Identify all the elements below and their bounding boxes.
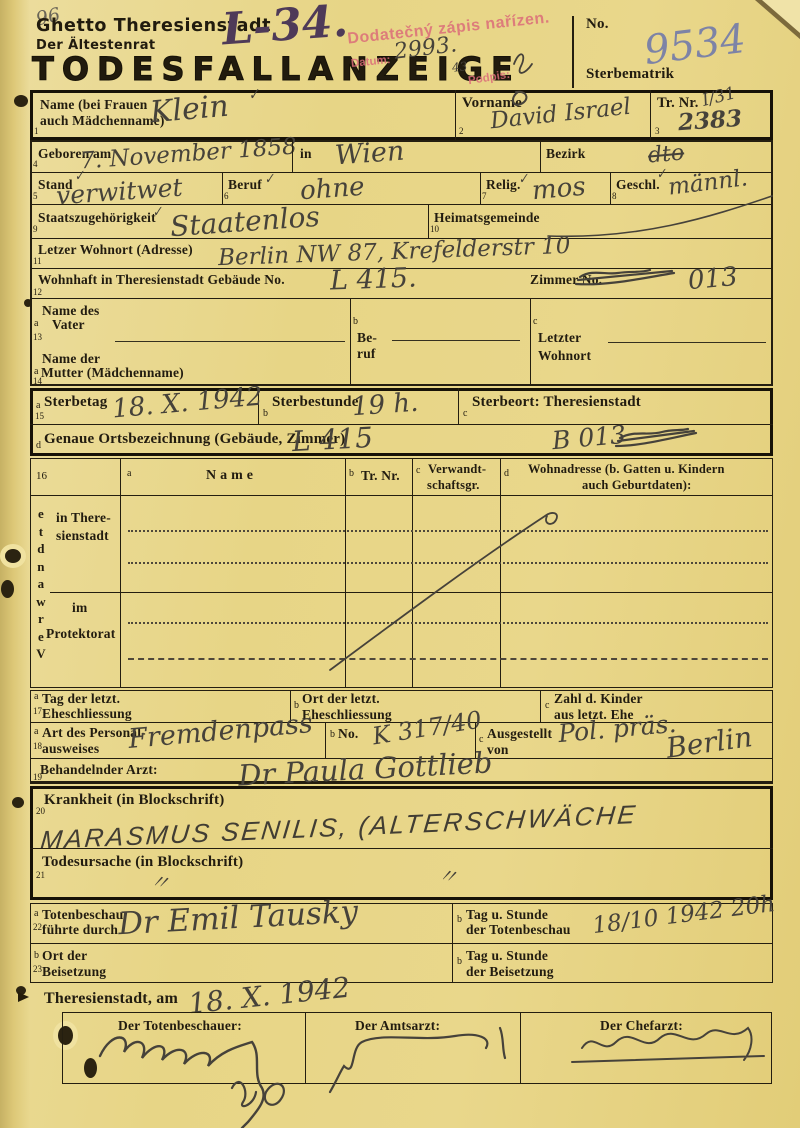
- field-number: 9: [33, 224, 38, 234]
- cell-divider: [540, 690, 541, 722]
- geschl-label: Geschl.: [616, 177, 660, 193]
- cell-divider: [455, 90, 456, 140]
- field-number: 21: [36, 870, 45, 880]
- zimmer-label: Zimmer No.: [530, 272, 602, 288]
- cell-divider: [305, 1012, 306, 1084]
- krankheit-label: Krankheit (in Blockschrift): [44, 792, 224, 809]
- group-theresienstadt-line1: in There-: [56, 510, 111, 526]
- verwandtschaft-header-line1: Verwandt-: [428, 462, 486, 477]
- name-value: Klein: [149, 89, 230, 131]
- punch-hole: [14, 95, 28, 107]
- beruf-label: Beruf: [228, 177, 262, 193]
- wohnhaft-value: L 415.: [329, 262, 417, 296]
- eheschliessung-tag-line2: Eheschliessung: [42, 706, 132, 722]
- field-number: 20: [36, 806, 45, 816]
- cell-letter: b: [349, 468, 354, 479]
- field-number: 3: [655, 126, 660, 136]
- group-theresienstadt-line2: sienstadt: [56, 528, 109, 544]
- cell-letter: a: [34, 908, 38, 919]
- punch-hole: [5, 549, 21, 563]
- field-number: 16: [36, 470, 47, 482]
- field-number: 5: [33, 191, 38, 201]
- amtsarzt-sig-label: Der Amtsarzt:: [355, 1018, 440, 1034]
- ort-datum-label: Theresienstadt, am: [44, 990, 178, 1008]
- geboren-in-label: in: [300, 146, 312, 162]
- beisetzung-zeit-line1: Tag u. Stunde: [466, 948, 548, 964]
- field-number: 15: [35, 411, 44, 421]
- geboren-in-value: Wien: [334, 136, 405, 172]
- beruf-col-label-line1: Be-: [357, 330, 377, 346]
- verwandtschaft-header-line2: schaftsgr.: [427, 478, 480, 493]
- dotted-entry-line: [128, 530, 768, 532]
- vater-label-line2: Vater: [52, 317, 85, 333]
- half-divider: [50, 592, 772, 593]
- sterbestunde-label: Sterbestunde: [272, 394, 359, 411]
- cell-divider: [530, 298, 531, 386]
- corner-fold-light: [762, 0, 800, 33]
- cell-divider: [292, 140, 293, 172]
- cell-letter: b: [34, 950, 39, 961]
- chefarzt-sig-label: Der Chefarzt:: [600, 1018, 683, 1034]
- cell-divider: [350, 298, 351, 386]
- cell-letter: b: [263, 408, 268, 419]
- field-number: 6: [224, 191, 229, 201]
- header-divider: [572, 16, 574, 88]
- eheschliessung-tag-line1: Tag der letzt.: [42, 691, 120, 707]
- cell-divider: [458, 388, 459, 424]
- fill-in-line: [115, 341, 345, 342]
- punch-hole: [12, 797, 24, 808]
- ausgestellt-line1: Ausgestellt: [487, 726, 552, 742]
- relig-value: mos: [531, 172, 587, 207]
- margin-arrow-icon: [18, 992, 29, 1002]
- cell-divider: [325, 722, 326, 758]
- row-divider: [30, 943, 773, 944]
- dotted-entry-line: [128, 562, 768, 564]
- beisetzung-zeit-line2: der Beisetzung: [466, 964, 554, 980]
- field-number: 14: [33, 376, 42, 386]
- genaue-building-value: L 415: [291, 421, 374, 458]
- heimatsgemeinde-label: Heimatsgemeinde: [434, 210, 540, 226]
- col-divider: [345, 458, 346, 688]
- cell-letter: a: [34, 691, 38, 702]
- totenbeschau-zeit-line1: Tag u. Stunde: [466, 907, 548, 923]
- row-divider: [30, 848, 773, 849]
- cell-letter: c: [463, 408, 467, 419]
- row-divider: [30, 298, 773, 299]
- field-number: 7: [482, 191, 487, 201]
- wohnadresse-header-line1: Wohnadresse (b. Gatten u. Kindern: [528, 462, 725, 477]
- no-label: No.: [586, 16, 609, 33]
- field-number: 18: [33, 741, 42, 751]
- beisetzung-ort-line2: Beisetzung: [42, 964, 106, 980]
- staatszugehoerigkeit-label: Staatszugehörigkeit: [38, 210, 156, 226]
- cell-letter: a: [127, 468, 131, 479]
- cell-letter: a: [34, 726, 38, 737]
- cell-letter: b: [353, 316, 358, 327]
- col-divider: [120, 458, 121, 688]
- field-number: 11: [33, 256, 42, 266]
- wohnadresse-header-line2: auch Geburtdaten):: [582, 478, 692, 493]
- cell-letter: c: [545, 700, 549, 711]
- trnr-value-bottom: 2383: [677, 105, 743, 136]
- cell-letter: c: [479, 734, 483, 745]
- letzter-wohnort-col-line2: Wohnort: [538, 348, 591, 364]
- sterbeort-label: Sterbeort: Theresienstadt: [472, 394, 641, 411]
- punch-hole: [1, 580, 14, 598]
- wohnhaft-label: Wohnhaft in Theresienstadt Gebäude No.: [38, 272, 285, 288]
- bottom-scribble: [232, 1082, 284, 1106]
- field-number: 23: [33, 964, 42, 974]
- field-number: 4: [33, 159, 38, 169]
- cell-letter: a: [36, 400, 40, 411]
- mutter-label-line2: Mutter (Mädchenname): [41, 365, 184, 381]
- cell-divider: [452, 903, 453, 983]
- fill-in-line: [392, 340, 520, 341]
- field-number: 19: [33, 772, 42, 782]
- cell-letter: b: [457, 914, 462, 925]
- handwritten-file-number: L-34.: [220, 0, 349, 55]
- cell-letter: d: [36, 440, 41, 451]
- field-number: 8: [612, 191, 617, 201]
- dotted-entry-line: [128, 622, 768, 624]
- bezirk-value: dto: [647, 140, 685, 168]
- col-divider: [412, 458, 413, 688]
- bezirk-label: Bezirk: [546, 146, 585, 162]
- dotted-entry-line: [128, 658, 768, 660]
- todesursache-label: Todesursache (in Blockschrift): [42, 854, 243, 871]
- check-mark: ✓: [246, 86, 261, 104]
- letzter-wohnort-col-line1: Letzter: [538, 330, 581, 346]
- name-label-line2: auch Mädchenname): [40, 113, 165, 129]
- relig-label: Relig.: [486, 177, 521, 193]
- name-label-line1: Name (bei Frauen: [40, 97, 147, 113]
- field-number: 12: [33, 287, 42, 297]
- field-number: 1: [34, 126, 39, 136]
- beruf-col-label-line2: ruf: [357, 346, 376, 362]
- cell-letter: a: [34, 318, 38, 329]
- group-protektorat-line2: Protektorat: [46, 626, 115, 642]
- sterbestunde-value: 19 h.: [351, 388, 419, 423]
- cell-letter: d: [504, 468, 509, 479]
- field-number: 2: [459, 126, 464, 136]
- cell-divider: [520, 1012, 521, 1084]
- field-number: 22: [33, 922, 42, 932]
- kinder-line1: Zahl d. Kinder: [554, 691, 643, 707]
- death-notice-form: 96 Ghetto Theresienstadt Der Ältestenrat…: [0, 0, 800, 1128]
- header-divider: [30, 495, 773, 496]
- trnr-column-header: Tr. Nr.: [361, 468, 400, 484]
- field-number: 17: [33, 706, 42, 716]
- cell-letter: c: [416, 465, 420, 476]
- ausweis-no-label: No.: [338, 726, 358, 742]
- behandelnder-arzt-label: Behandelnder Arzt:: [40, 762, 158, 778]
- sterbetag-label: Sterbetag: [44, 394, 107, 411]
- field-number: 13: [33, 332, 42, 342]
- zimmer-value: 013: [687, 262, 739, 296]
- totenbeschau-label-line2: führte durch: [42, 922, 118, 938]
- letzter-wohnort-label: Letzer Wohnort (Adresse): [38, 242, 193, 258]
- totenbeschau-zeit-line2: der Totenbeschau: [466, 922, 571, 938]
- totenbeschau-label-line1: Totenbeschau: [42, 907, 123, 923]
- beisetzung-ort-line1: Ort der: [42, 948, 87, 964]
- stamp-datum-value-small: 43: [451, 59, 468, 75]
- eheschliessung-ort-line1: Ort der letzt.: [302, 691, 380, 707]
- left-edge-shading: [0, 0, 30, 1128]
- cell-letter: b: [457, 956, 462, 967]
- field-number: 10: [430, 224, 439, 234]
- name-column-header: Name: [206, 468, 257, 484]
- cell-divider: [650, 90, 651, 140]
- cell-letter: b: [330, 729, 335, 740]
- totenbeschauer-sig-label: Der Totenbeschauer:: [118, 1018, 242, 1034]
- fill-in-line: [608, 342, 766, 343]
- sterbematrik-value: 9534: [642, 16, 749, 74]
- ausweis-label-line2: ausweises: [42, 741, 99, 757]
- col-divider: [500, 458, 501, 688]
- cell-letter: c: [533, 316, 537, 327]
- row-divider: [30, 424, 773, 425]
- group-protektorat-line1: im: [72, 600, 87, 616]
- cell-divider: [540, 140, 541, 172]
